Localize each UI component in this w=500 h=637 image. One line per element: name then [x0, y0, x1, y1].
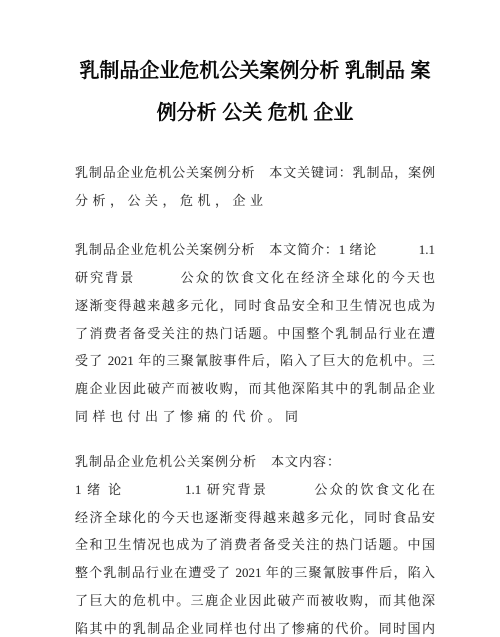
- text-line: 整个乳制品行业在遭受了 2021 年的三聚氰胺事件后，陷入: [75, 559, 435, 587]
- text-line: 陷其中的乳制品企业同样也付出了惨痛的代价。同时国内: [75, 615, 435, 637]
- text-line: 经济全球化的今天也逐渐变得越来越多元化，同时食品安: [75, 504, 435, 532]
- text-line: 受了 2021 年的三聚氰胺事件后，陷入了巨大的危机中。三: [75, 347, 435, 375]
- text-line: 鹿企业因此破产而被收购，而其他深陷其中的乳制品企业: [75, 375, 435, 403]
- text-line: 了消费者备受关注的热门话题。中国整个乳制品行业在遭: [75, 320, 435, 348]
- text-line: 逐渐变得越来越多元化，同时食品安全和卫生情况也成为: [75, 292, 435, 320]
- text-line: 研究背景 公众的饮食文化在经济全球化的今天也: [75, 264, 435, 292]
- text-line: 例分析 公关 危机 企业: [75, 92, 435, 134]
- text-line: 乳制品企业危机公关案例分析 本文内容：: [75, 448, 435, 476]
- text-line: 乳制品企业危机公关案例分析 乳制品 案: [75, 50, 435, 92]
- text-line: 乳制品企业危机公关案例分析 本文简介：1 绪论 1.1: [75, 236, 435, 264]
- paragraph-keywords: 乳制品企业危机公关案例分析 本文关键词：乳制品，案例分析，公关，危机，企业: [75, 159, 435, 214]
- text-line: 同样也付出了惨痛的代价。同: [75, 403, 435, 431]
- text-line: 了巨大的危机中。三鹿企业因此破产而被收购，而其他深: [75, 587, 435, 615]
- text-line: 全和卫生情况也成为了消费者备受关注的热门话题。中国: [75, 531, 435, 559]
- document-title: 乳制品企业危机公关案例分析 乳制品 案例分析 公关 危机 企业: [75, 50, 435, 134]
- paragraph-content: 乳制品企业危机公关案例分析 本文内容： 1 绪 论 1.1 研究背景 公众的饮食…: [75, 448, 435, 637]
- text-line: 分析，公关，危机，企业: [75, 187, 435, 215]
- paragraph-summary: 乳制品企业危机公关案例分析 本文简介：1 绪论 1.1研究背景 公众的饮食文化在…: [75, 236, 435, 430]
- document-page: 乳制品企业危机公关案例分析 乳制品 案例分析 公关 危机 企业 乳制品企业危机公…: [75, 50, 435, 637]
- text-line: 1 绪 论 1.1 研究背景 公众的饮食文化在: [75, 476, 435, 504]
- text-line: 乳制品企业危机公关案例分析 本文关键词：乳制品，案例: [75, 159, 435, 187]
